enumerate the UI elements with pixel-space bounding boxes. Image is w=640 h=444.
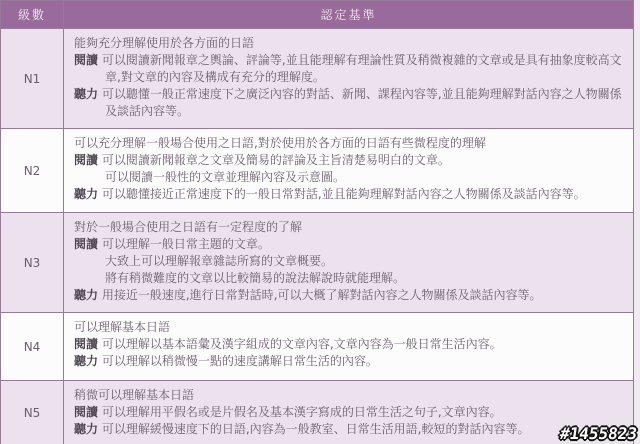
- criteria-line-listening: 聽力 可以理解以稍微慢一點的速度講解日常生活的內容。: [74, 353, 625, 370]
- criteria-line: 大致上可以理解報章雜誌所寫的文章概要。: [74, 253, 625, 270]
- criteria-line: 將有稍微難度的文章以比較簡易的說法解說時就能理解。: [74, 270, 625, 287]
- criteria-line-listening: 聽力 用接近一般速度,進行日常對話時,可以大概了解對話內容之人物關係及談話內容等…: [74, 287, 625, 304]
- level-row-n3: N3對於一般場合使用之日語有一定程度的了解閱讀 可以理解一般日常主題的文章。大致…: [1, 213, 634, 313]
- criteria-cell-n2: 可以充分理解一般場合使用之日語,對於使用於各方面的日語有些微程度的理解閱讀 可以…: [64, 129, 634, 213]
- criteria-line-reading: 閱讀 可以閱讀新聞報章之文章及簡易的評論及主旨清楚易明白的文章。: [74, 152, 625, 169]
- criteria-table-body: N1能夠充分理解使用於各方面的日語閱讀 可以閱讀新聞報章之輿論、評論等,並且能理…: [1, 29, 634, 444]
- skill-label: 聽力: [74, 87, 98, 101]
- criteria-line-reading: 閱讀 可以閱讀新聞報章之輿論、評論等,並且能理解有理論性質及稍微複雜的文章或是具…: [74, 52, 625, 86]
- criteria-cell-n4: 可以理解基本日語閱讀 可以理解以基本語彙及漢字組成的文章內容,文章內容為一般日常…: [64, 313, 634, 381]
- level-row-n4: N4可以理解基本日語閱讀 可以理解以基本語彙及漢字組成的文章內容,文章內容為一般…: [1, 313, 634, 381]
- criteria-line: 對於一般場合使用之日語有一定程度的了解: [74, 219, 625, 236]
- skill-label: 閱讀: [74, 405, 98, 419]
- skill-label: 聽力: [74, 354, 98, 368]
- criteria-line-listening: 聽力 可以理解緩慢速度下的日語,內容為一般教室、日常生活用語,較短的對話內容等。: [74, 421, 625, 438]
- criteria-line-reading: 閱讀 可以理解一般日常主題的文章。: [74, 236, 625, 253]
- skill-label: 閱讀: [74, 153, 98, 167]
- criteria-line-listening: 聽力 可以聽懂一般正常速度下之廣泛內容的對話、新聞、課程內容等,並且能夠理解對話…: [74, 86, 625, 120]
- skill-label: 聽力: [74, 187, 98, 201]
- criteria-line: 可以閱讀一般性的文章並理解內容及示意圖。: [74, 169, 625, 186]
- criteria-column-header: 認定基準: [64, 1, 634, 29]
- skill-label: 閱讀: [74, 337, 98, 351]
- level-row-n5: N5稍微可以理解基本日語閱讀 可以理解用平假名或是片假名及基本漢字寫成的日常生活…: [1, 381, 634, 444]
- skill-label: 閱讀: [74, 53, 98, 67]
- level-column-header: 級數: [1, 1, 64, 29]
- level-label-n5: N5: [1, 381, 64, 444]
- criteria-line-listening: 聽力 可以聽懂接近正常速度下的一般日常對話,並且能夠理解對話內容之人物關係及談話…: [74, 186, 625, 203]
- skill-label: 聽力: [74, 288, 98, 302]
- table-header-row: 級數 認定基準: [1, 1, 634, 29]
- criteria-cell-n3: 對於一般場合使用之日語有一定程度的了解閱讀 可以理解一般日常主題的文章。大致上可…: [64, 213, 634, 313]
- level-label-n3: N3: [1, 213, 64, 313]
- level-label-n2: N2: [1, 129, 64, 213]
- skill-label: 閱讀: [74, 237, 98, 251]
- criteria-line-reading: 閱讀 可以理解以基本語彙及漢字組成的文章內容,文章內容為一般日常生活內容。: [74, 336, 625, 353]
- watermark-post-number: #1455823: [559, 424, 639, 443]
- criteria-line-reading: 閱讀 可以理解用平假名或是片假名及基本漢字寫成的日常生活之句子,文章內容。: [74, 404, 625, 421]
- criteria-line: 可以充分理解一般場合使用之日語,對於使用於各方面的日語有些微程度的理解: [74, 135, 625, 152]
- criteria-cell-n5: 稍微可以理解基本日語閱讀 可以理解用平假名或是片假名及基本漢字寫成的日常生活之句…: [64, 381, 634, 444]
- criteria-line: 可以理解基本日語: [74, 319, 625, 336]
- jlpt-criteria-table: 級數 認定基準 N1能夠充分理解使用於各方面的日語閱讀 可以閱讀新聞報章之輿論、…: [0, 0, 634, 444]
- level-label-n4: N4: [1, 313, 64, 381]
- level-row-n1: N1能夠充分理解使用於各方面的日語閱讀 可以閱讀新聞報章之輿論、評論等,並且能理…: [1, 29, 634, 129]
- criteria-cell-n1: 能夠充分理解使用於各方面的日語閱讀 可以閱讀新聞報章之輿論、評論等,並且能理解有…: [64, 29, 634, 129]
- criteria-line: 能夠充分理解使用於各方面的日語: [74, 35, 625, 52]
- skill-label: 聽力: [74, 422, 98, 436]
- criteria-line: 稍微可以理解基本日語: [74, 387, 625, 404]
- level-label-n1: N1: [1, 29, 64, 129]
- level-row-n2: N2可以充分理解一般場合使用之日語,對於使用於各方面的日語有些微程度的理解閱讀 …: [1, 129, 634, 213]
- jlpt-levels-page: 級數 認定基準 N1能夠充分理解使用於各方面的日語閱讀 可以閱讀新聞報章之輿論、…: [0, 0, 640, 444]
